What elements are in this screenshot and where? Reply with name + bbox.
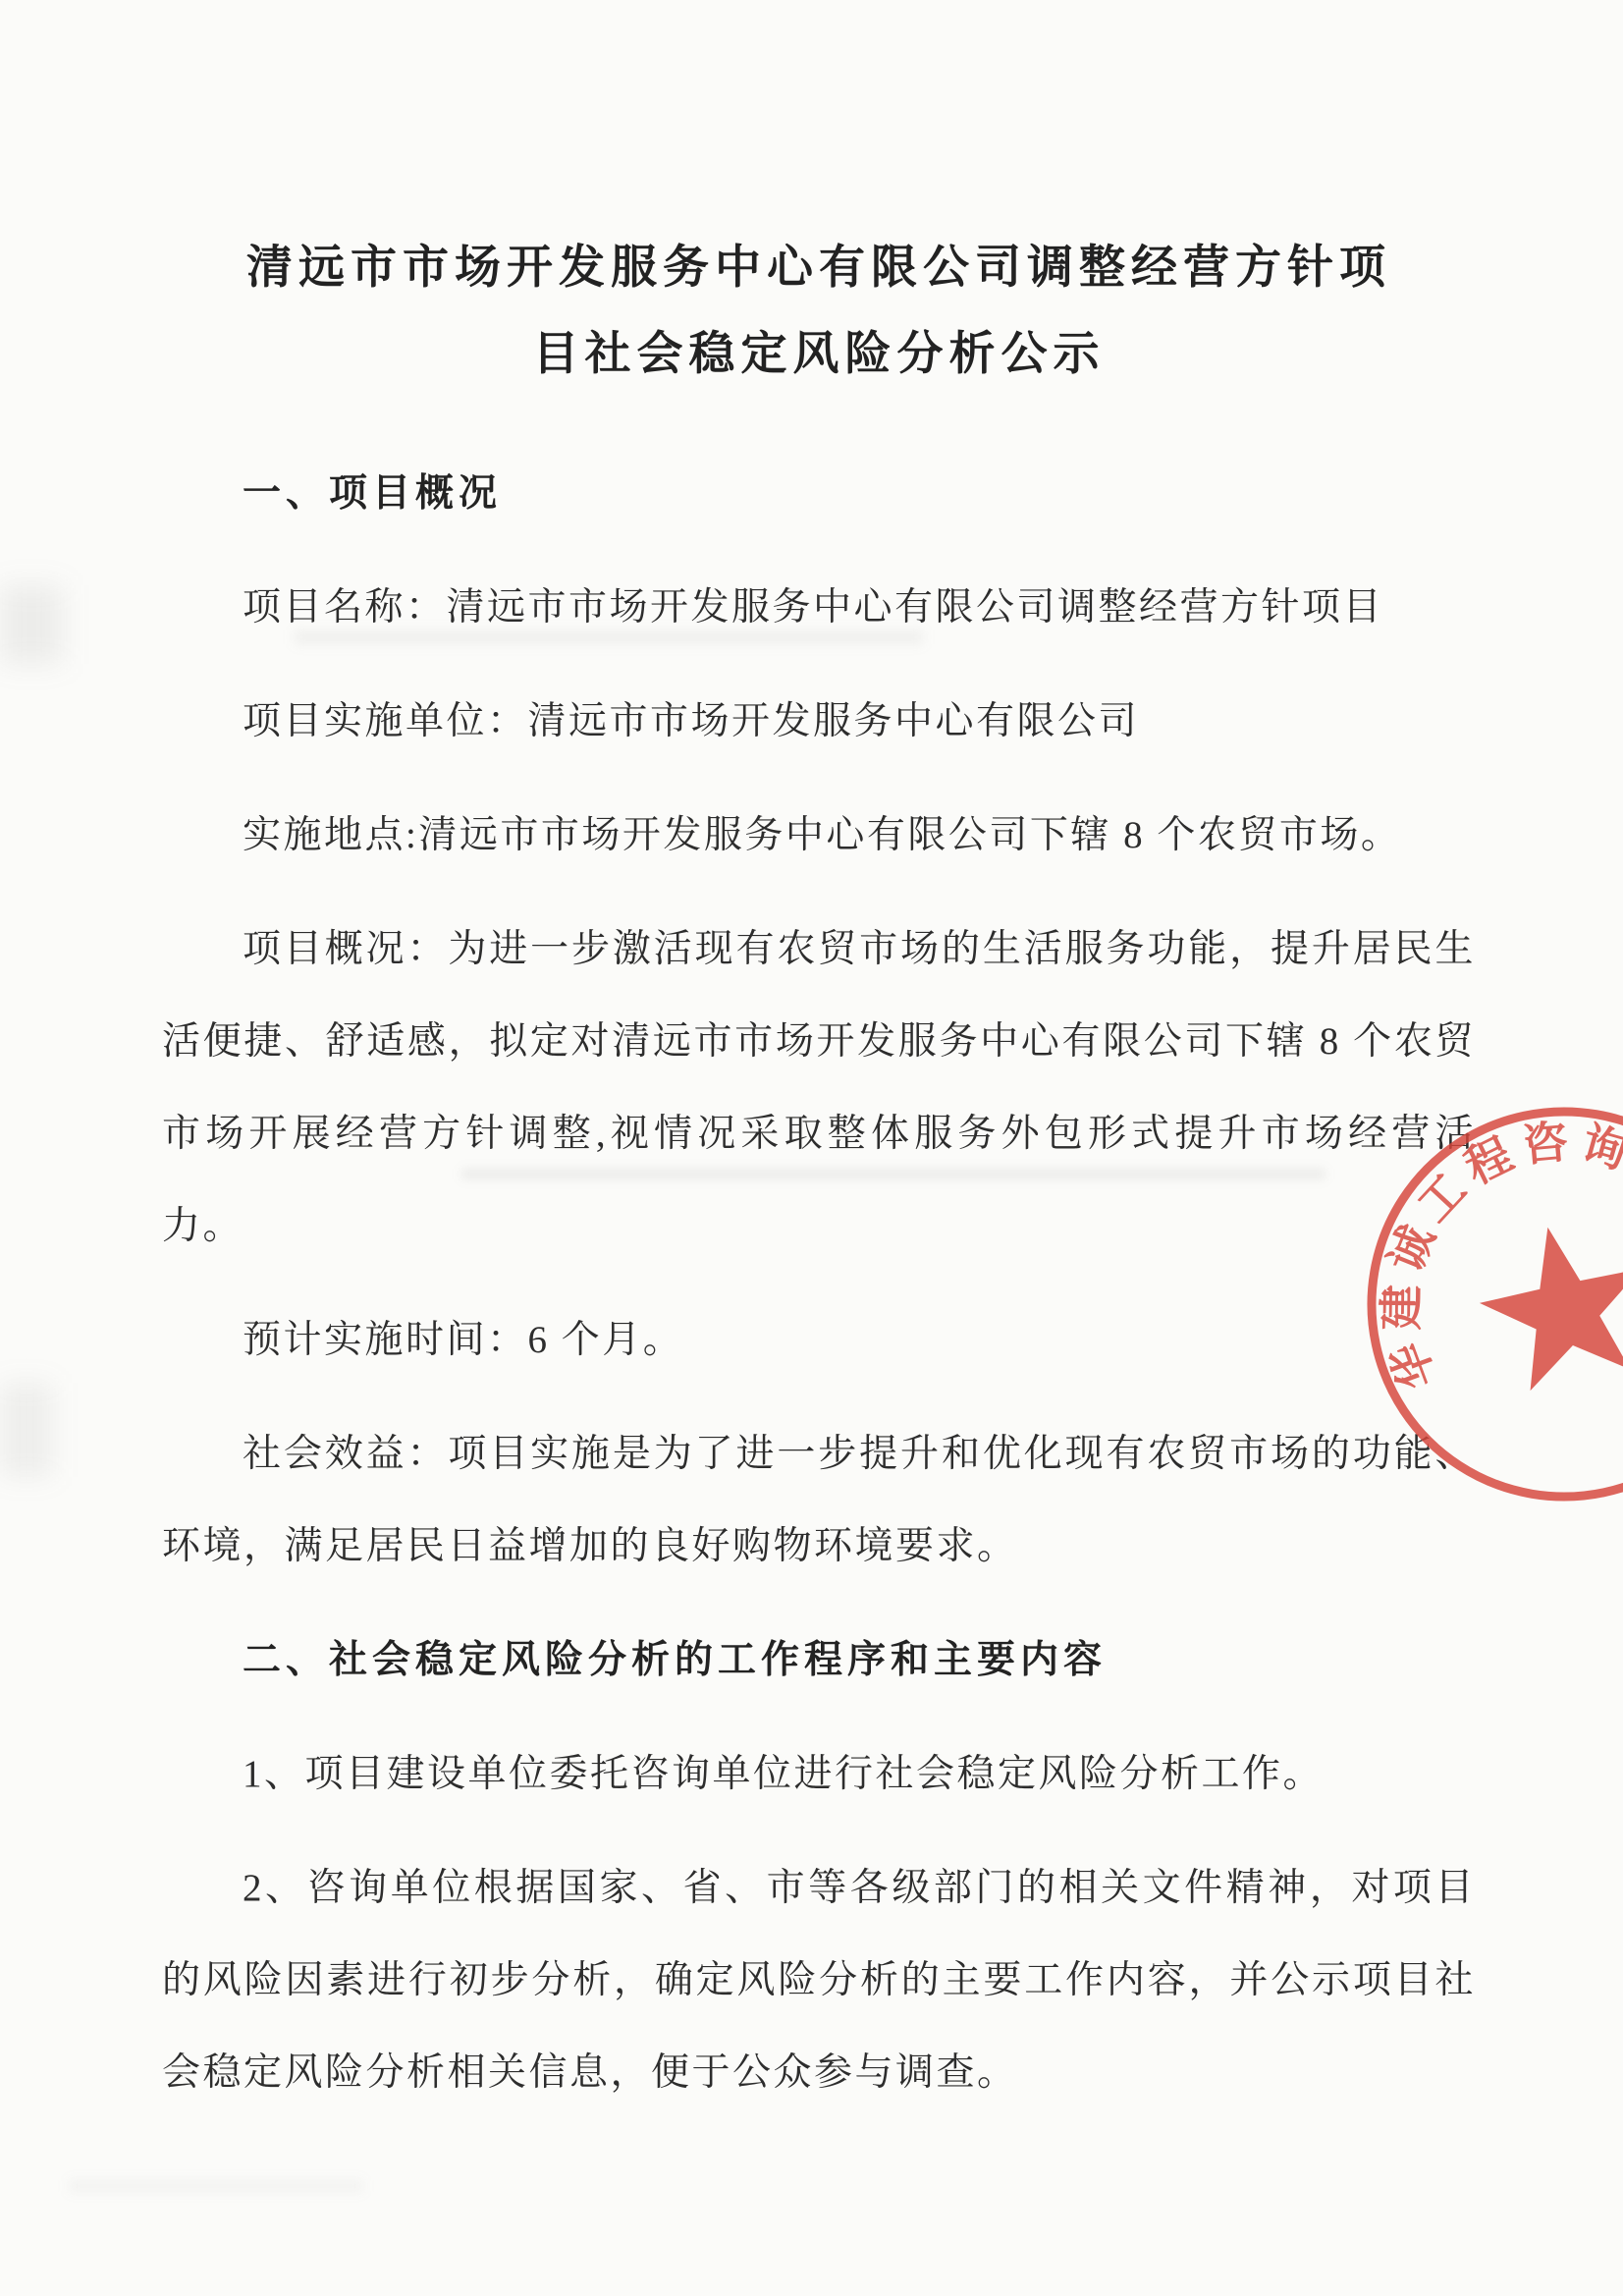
paragraph-procedure-step-2: 2、咨询单位根据国家、省、市等各级部门的相关文件精神，对项目的风险因素进行初步分… [162,1842,1476,2119]
title-line-1: 清远市市场开发服务中心有限公司调整经营方针项 [162,224,1476,310]
paragraph-implementation-location: 实施地点:清远市市场开发服务中心有限公司下辖 8 个农贸市场。 [162,790,1476,882]
paragraph-social-benefit: 社会效益：项目实施是为了进一步提升和优化现有农贸市场的功能、环境，满足居民日益增… [162,1408,1476,1593]
title-line-2: 目社会稳定风险分析公示 [162,310,1476,397]
paragraph-project-name: 项目名称：清远市市场开发服务中心有限公司调整经营方针项目 [162,562,1476,654]
scan-artifact [0,585,63,664]
paragraph-implementation-period: 预计实施时间：6 个月。 [162,1294,1476,1387]
paragraph-implementing-unit: 项目实施单位：清远市市场开发服务中心有限公司 [162,676,1476,768]
scan-artifact [0,1383,53,1477]
section-heading-project-overview: 一、项目概况 [162,448,1476,540]
scan-artifact [69,2180,363,2192]
document-title: 清远市市场开发服务中心有限公司调整经营方针项 目社会稳定风险分析公示 [162,224,1476,397]
paragraph-project-description: 项目概况：为进一步激活现有农贸市场的生活服务功能，提升居民生活便捷、舒适感，拟定… [162,903,1476,1273]
stamp-star-icon [1467,1210,1623,1396]
paragraph-procedure-step-1: 1、项目建设单位委托咨询单位进行社会稳定风险分析工作。 [162,1728,1476,1821]
scanned-document-page: 清远市市场开发服务中心有限公司调整经营方针项 目社会稳定风险分析公示 一、项目概… [0,0,1623,2296]
document-body: 清远市市场开发服务中心有限公司调整经营方针项 目社会稳定风险分析公示 一、项目概… [162,224,1476,2141]
section-heading-risk-analysis-procedure: 二、社会稳定风险分析的工作程序和主要内容 [162,1614,1476,1707]
